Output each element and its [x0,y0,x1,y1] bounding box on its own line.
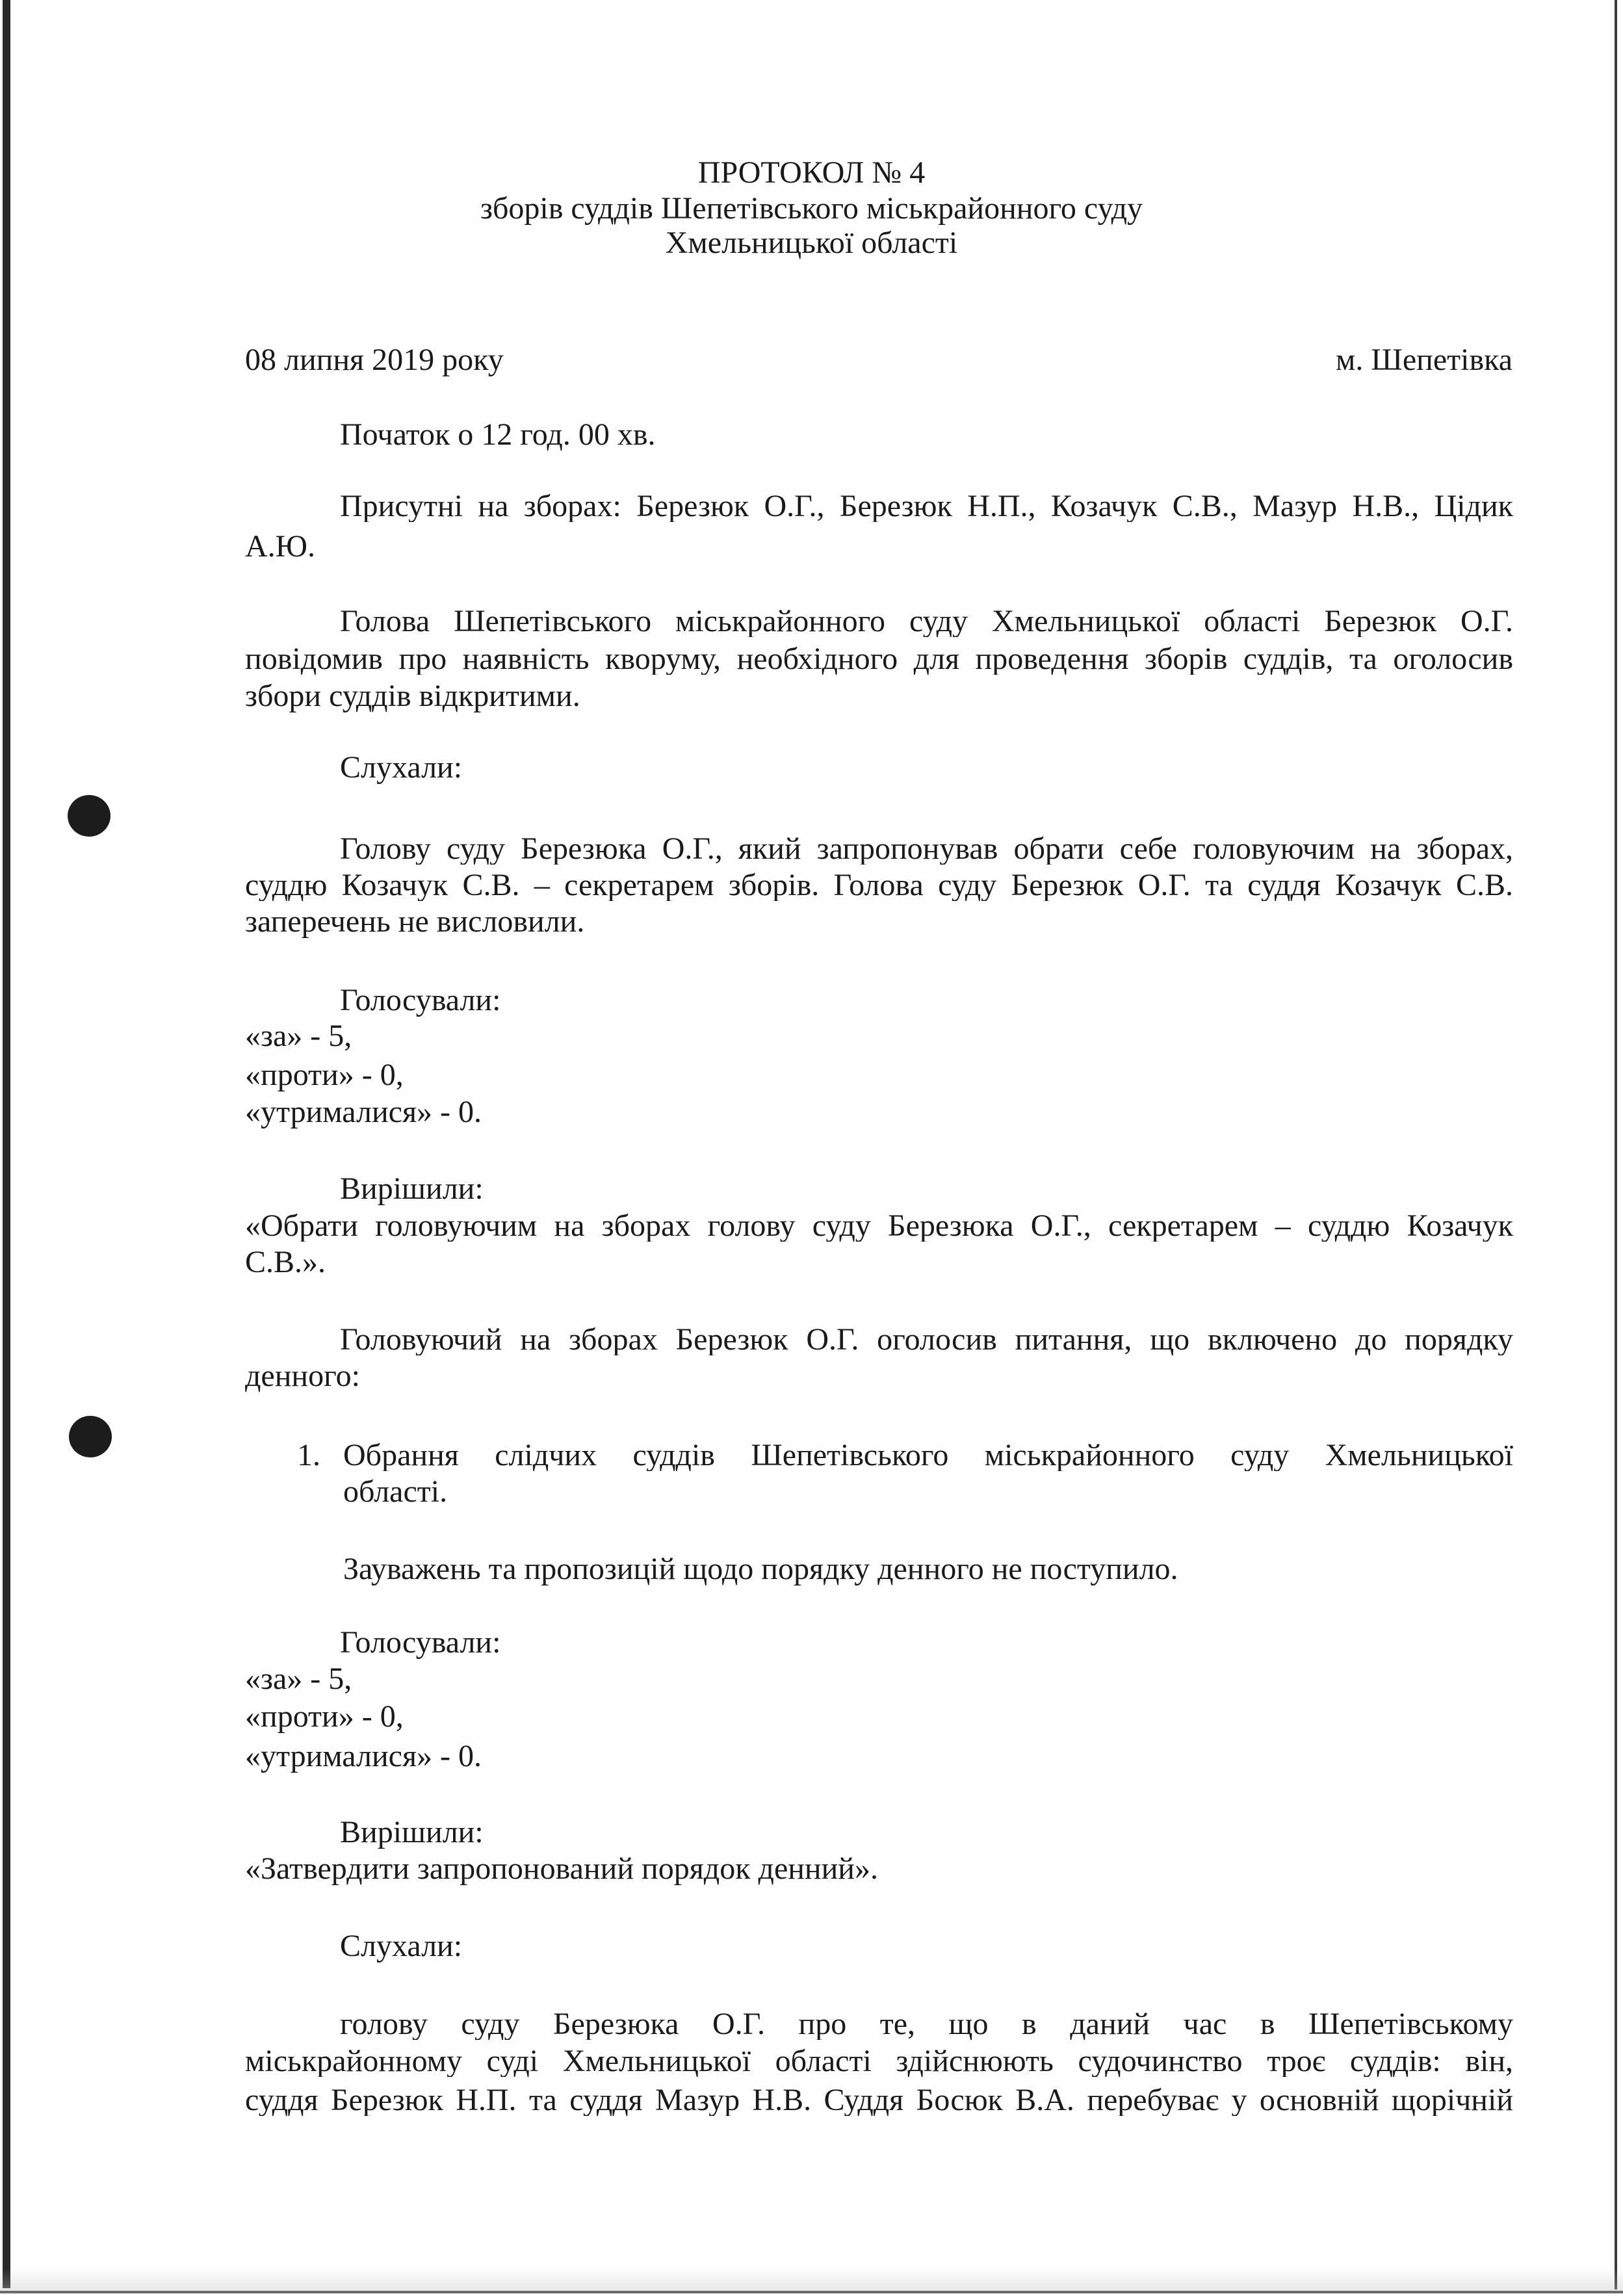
meeting-date: 08 липня 2019 року [245,345,504,376]
agenda-item-text: Обрання слідчих суддів Шепетівського міс… [343,1440,1513,1471]
decision-text: «Обрати головуючим на зборах голову суду… [245,1210,1513,1242]
meeting-place: м. Шепетівка [1336,345,1513,376]
agenda-intro: денного: [245,1361,360,1392]
scan-edge-right [1615,0,1617,2289]
present-list: А.Ю. [245,531,315,562]
opening-paragraph: Голова Шепетівського міськрайонного суду… [340,606,1513,637]
decision-text: С.В.». [245,1247,326,1278]
vote-abstained: «утрималися» - 0. [245,1741,482,1772]
present-list: Присутні на зборах: Березюк О.Г., Березю… [340,491,1513,522]
agenda-item-text: області. [343,1476,447,1507]
document-title: ПРОТОКОЛ № 4 [0,157,1623,189]
vote-against: «проти» - 0, [245,1060,404,1091]
heard-paragraph: суддю Козачук С.В. – секретарем зборів. … [245,870,1513,901]
heard-paragraph: заперечень не висловили. [245,906,584,937]
vote-for: «за» - 5, [245,1663,352,1695]
heard-label: Слухали: [340,1931,462,1962]
decided-label: Вирішили: [340,1817,484,1848]
opening-paragraph: збори суддів відкритими. [245,681,580,712]
heard-label: Слухали: [340,752,462,783]
agenda-item-number: 1. [297,1440,320,1471]
start-time: Початок о 12 год. 00 хв. [340,419,655,450]
scan-shadow-bottom [0,2269,1623,2291]
punch-hole-icon [69,1416,112,1457]
document-subtitle: зборів суддів Шепетівського міськрайонно… [0,193,1623,224]
heard-paragraph: Голову суду Березюка О.Г., який запропон… [340,833,1513,865]
decided-label: Вирішили: [340,1173,484,1205]
scanned-page: ПРОТОКОЛ № 4 зборів суддів Шепетівського… [0,0,1623,2296]
document-subtitle: Хмельницької області [0,228,1623,259]
heard-paragraph: голову суду Березюка О.Г. про те, що в д… [340,2009,1513,2040]
vote-abstained: «утрималися» - 0. [245,1097,482,1128]
vote-against: «проти» - 0, [245,1701,404,1732]
agenda-remarks: Зауважень та пропозицій щодо порядку ден… [343,1554,1178,1585]
heard-paragraph: суддя Березюк Н.П. та суддя Мазур Н.В. С… [245,2085,1513,2116]
vote-for: «за» - 5, [245,1021,352,1052]
punch-hole-icon [68,795,110,837]
agenda-intro: Головуючий на зборах Березюк О.Г. оголос… [340,1324,1513,1355]
scan-edge-bottom [0,2291,1623,2293]
voted-label: Голосували: [340,1627,500,1658]
voted-label: Голосували: [340,985,500,1016]
heard-paragraph: міськрайонному суді Хмельницької області… [245,2046,1513,2077]
scan-edge-left [3,0,10,2288]
decision-text: «Затвердити запропонований порядок денни… [245,1853,878,1885]
opening-paragraph: повідомив про наявність кворуму, необхід… [245,644,1513,675]
